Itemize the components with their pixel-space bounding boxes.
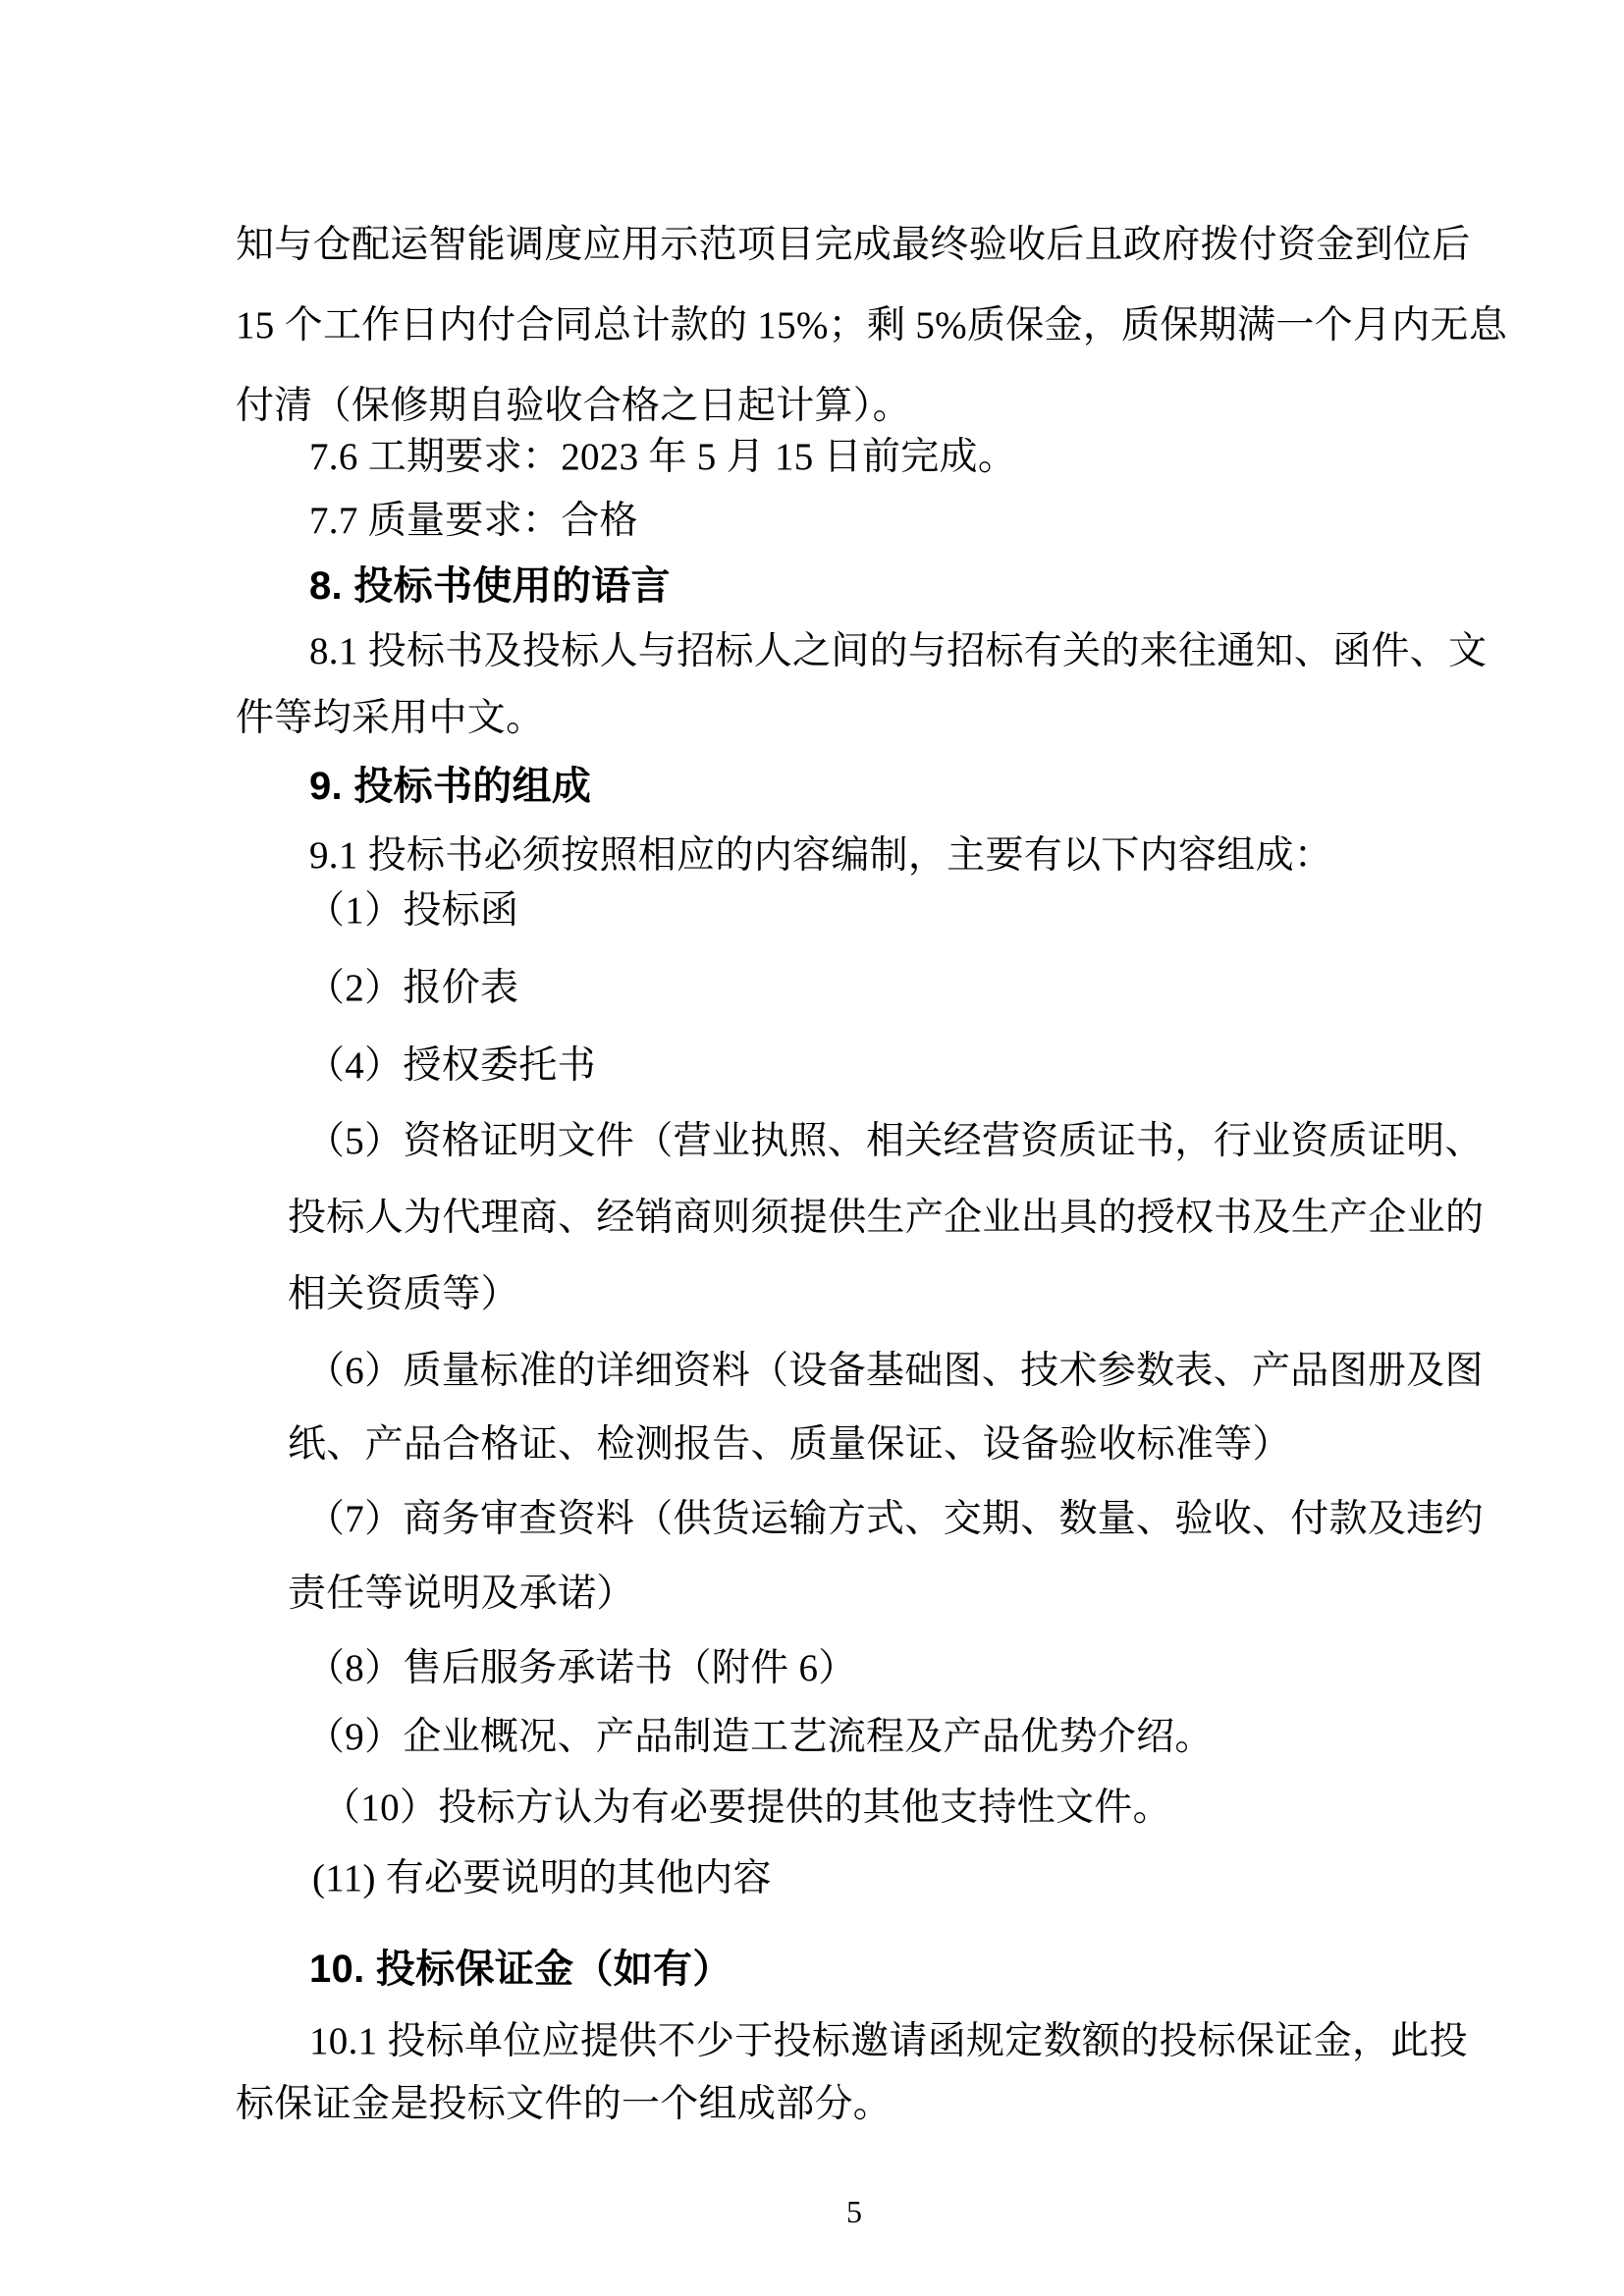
clause-7-6: 7.6 工期要求：2023 年 5 月 15 日前完成。 [309,435,1016,480]
document-page: 知与仓配运智能调度应用示范项目完成最终验收后且政府拨付资金到位后 15 个工作日… [0,0,1624,2296]
bid-item-7-line-1: （7）商务审查资料（供货运输方式、交期、数量、验收、付款及违约 [306,1497,1484,1542]
section-9-heading: 9. 投标书的组成 [309,764,591,809]
clause-7-7: 7.7 质量要求：合格 [309,499,638,544]
clause-8-1-line-1: 8.1 投标书及投标人与招标人之间的与招标有关的来往通知、函件、文 [309,629,1487,674]
bid-item-5-line-2: 投标人为代理商、经销商则须提供生产企业出具的授权书及生产企业的 [288,1196,1484,1241]
bid-item-9: （9）企业概况、产品制造工艺流程及产品优势介绍。 [306,1715,1214,1760]
clause-9-1: 9.1 投标书必须按照相应的内容编制，主要有以下内容组成： [309,833,1332,879]
payment-clause-line-2: 15 个工作日内付合同总计款的 15%；剩 5%质保金，质保期满一个月内无息 [236,303,1507,348]
bid-item-6-line-1: （6）质量标准的详细资料（设备基础图、技术参数表、产品图册及图 [306,1349,1484,1394]
bid-item-8: （8）售后服务承诺书（附件 6） [306,1646,857,1691]
clause-8-1-line-2: 件等均采用中文。 [236,696,544,741]
bid-item-10: （10）投标方认为有必要提供的其他支持性文件。 [322,1786,1171,1831]
bid-item-1: （1）投标函 [306,888,518,934]
bid-item-2: （2）报价表 [306,966,518,1011]
payment-clause-line-3: 付清（保修期自验收合格之日起计算）。 [236,384,911,429]
clause-10-1-line-1: 10.1 投标单位应提供不少于投标邀请函规定数额的投标保证金，此投 [309,2019,1468,2064]
page-number: 5 [236,2192,1473,2231]
bid-item-4: （4）授权委托书 [306,1043,596,1089]
bid-item-5-line-1: （5）资格证明文件（营业执照、相关经营资质证书，行业资质证明、 [306,1119,1484,1164]
bid-item-11: (11) 有必要说明的其他内容 [312,1856,772,1901]
payment-clause-line-1: 知与仓配运智能调度应用示范项目完成最终验收后且政府拨付资金到位后 [236,223,1471,268]
section-8-heading: 8. 投标书使用的语言 [309,563,671,609]
bid-item-7-line-2: 责任等说明及承诺） [288,1572,635,1617]
clause-10-1-line-2: 标保证金是投标文件的一个组成部分。 [236,2082,892,2127]
section-10-heading: 10. 投标保证金（如有） [309,1947,732,1992]
bid-item-6-line-2: 纸、产品合格证、检测报告、质量保证、设备验收标准等） [288,1422,1291,1468]
bid-item-5-line-3: 相关资质等） [288,1272,519,1317]
